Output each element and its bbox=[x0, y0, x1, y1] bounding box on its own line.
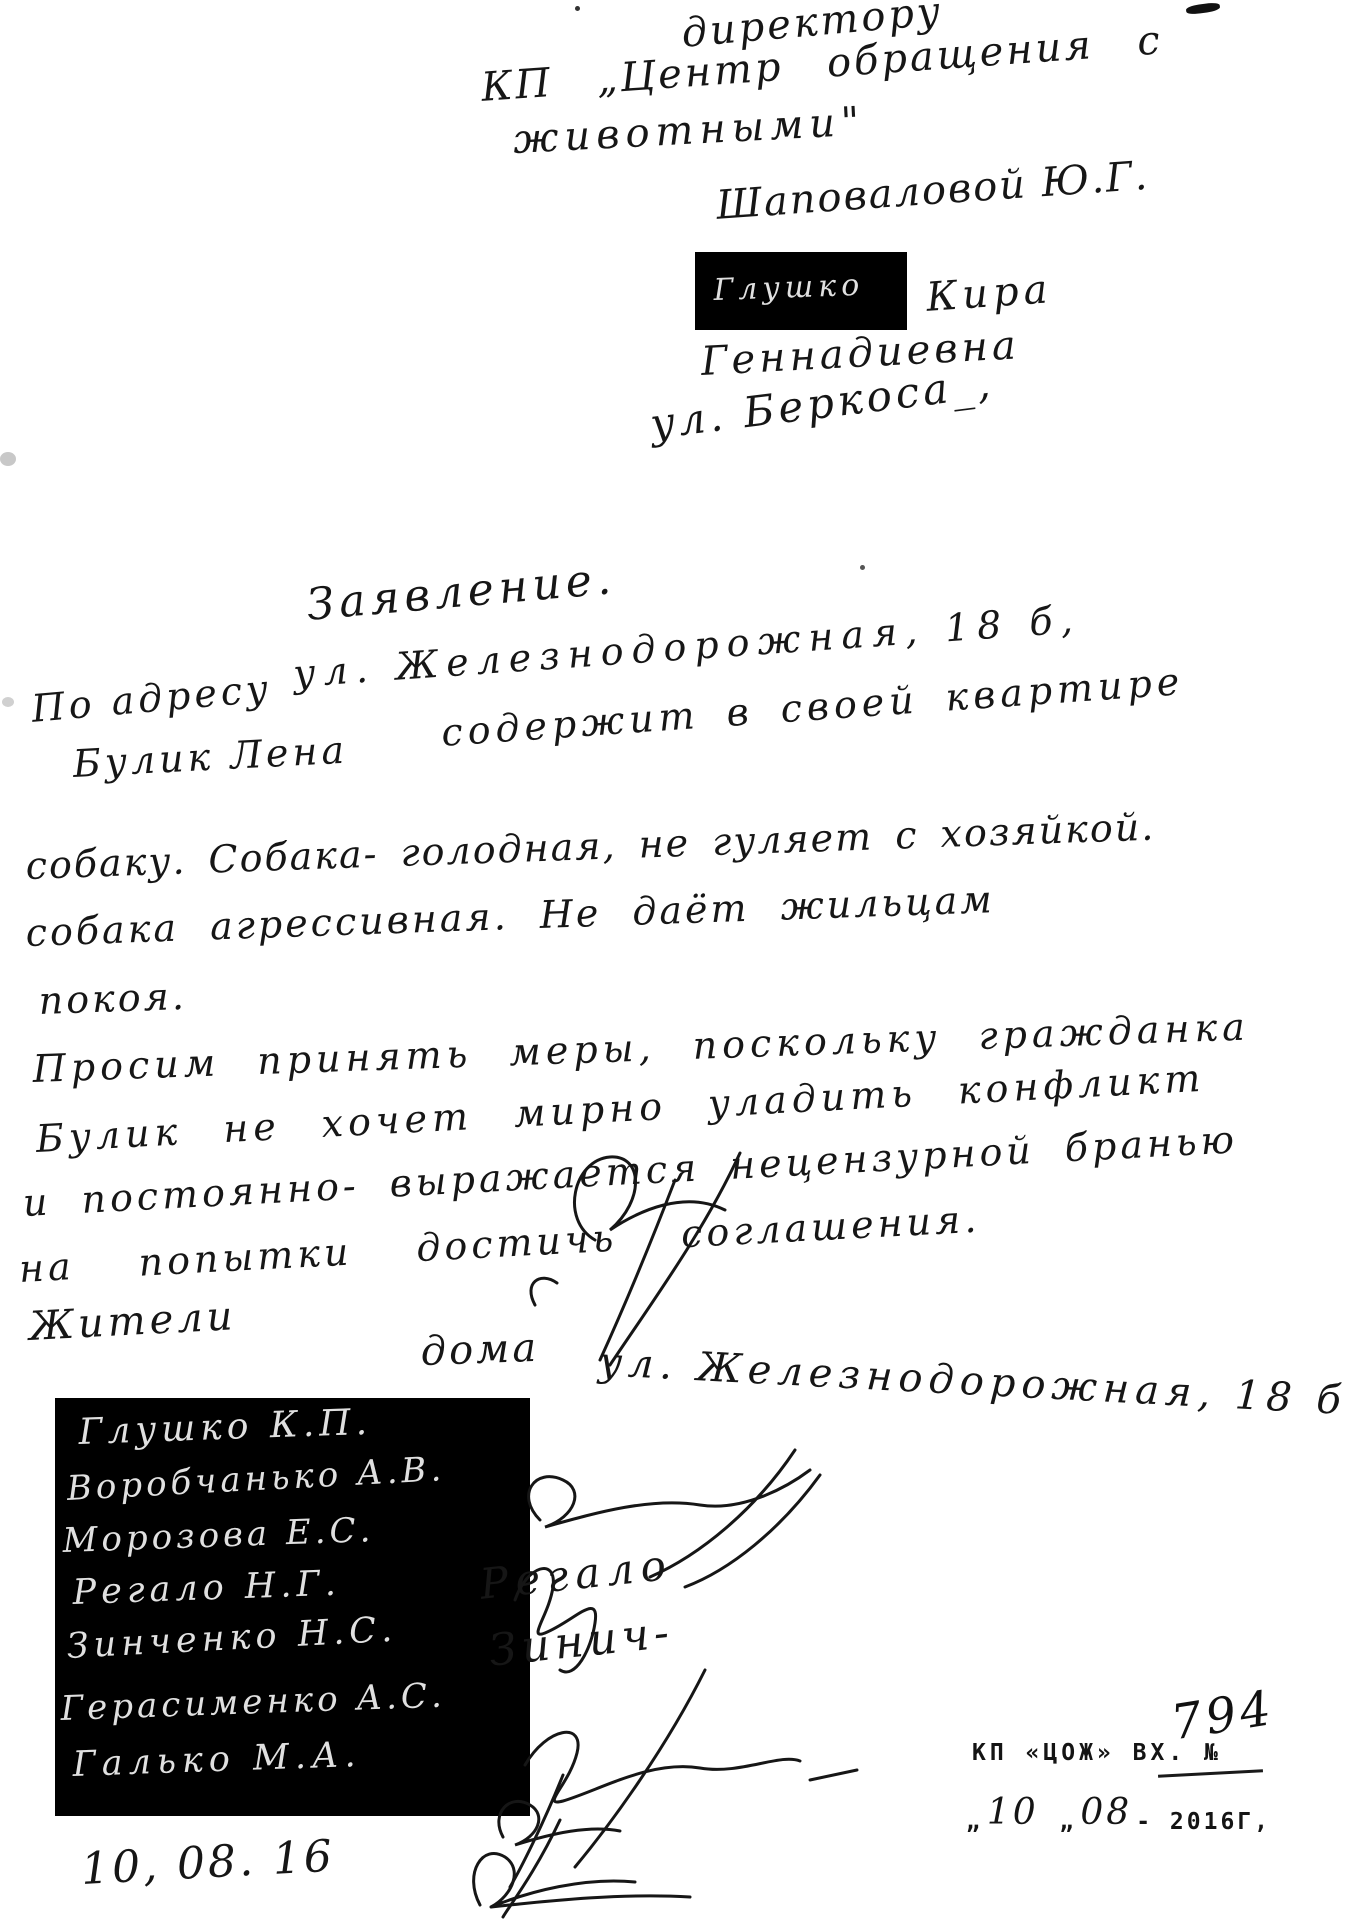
signature-flourish-2 bbox=[529, 1470, 810, 1527]
signature-flourish-4-dash bbox=[810, 1770, 857, 1780]
recipient-line-org-2: животными" bbox=[512, 102, 866, 160]
signature-flourish-2-stroke2 bbox=[685, 1475, 820, 1587]
signature-flourish-1-stroke bbox=[610, 1153, 740, 1365]
stamp-number-underscore bbox=[1158, 1769, 1263, 1777]
stamp-date-line: „10 „08- 2016Г, bbox=[966, 1800, 1271, 1836]
signatures-flourishes bbox=[395, 1125, 865, 1920]
body-line-5: покоя. bbox=[38, 977, 187, 1020]
redacted-name-3: Морозова Е.С. bbox=[62, 1513, 375, 1558]
redacted-name-7: Галько М.А. bbox=[72, 1738, 362, 1783]
scan-artifact-dot-1 bbox=[575, 6, 580, 11]
stamp-day-handwritten: 10 bbox=[987, 1792, 1039, 1833]
scanned-complaint-document: { "header": { "to_line1": "директору", "… bbox=[0, 0, 1358, 1920]
scan-artifact-dash bbox=[1186, 2, 1221, 16]
redacted-surname-ghost-text: Глушко bbox=[713, 271, 865, 306]
signature-flourish-1-stroke2 bbox=[600, 1180, 675, 1360]
handwritten-date: 10, 08. 16 bbox=[80, 1835, 336, 1892]
stamp-month-handwritten: 08 bbox=[1080, 1792, 1132, 1833]
redaction-box-applicant-surname: Глушко bbox=[695, 252, 907, 330]
document-title: Заявление. bbox=[305, 557, 617, 628]
stamp-quote-2: „ bbox=[1060, 1809, 1077, 1835]
body-line-4: собака агрессивная. Не даёт жильцам bbox=[25, 880, 995, 952]
stamp-quote-1: „ bbox=[966, 1809, 983, 1835]
stamp-number-handwritten: 794 bbox=[1168, 1684, 1278, 1748]
body-line-1a: По адресу bbox=[30, 669, 273, 728]
redacted-name-4: Регало Н.Г. bbox=[72, 1567, 341, 1611]
recipient-name: Шаповаловой Ю.Г. bbox=[715, 156, 1150, 226]
scan-artifact-dot-2 bbox=[860, 565, 865, 570]
stamp-year-text: - 2016Г, bbox=[1136, 1809, 1271, 1835]
redacted-name-1: Глушко К.П. bbox=[78, 1405, 373, 1451]
body-line-3: собаку. Собака- голодная, не гуляет с хо… bbox=[25, 808, 1156, 885]
body-line-2a: Булик Лена bbox=[72, 731, 349, 783]
residents-word-1: Жители bbox=[28, 1296, 237, 1347]
signature-flourish-1-curl bbox=[531, 1278, 557, 1305]
applicant-first-name: Кира bbox=[925, 269, 1054, 318]
scan-artifact-blob-1 bbox=[0, 452, 16, 466]
signature-flourish-4-stroke bbox=[575, 1670, 705, 1867]
signature-flourish-6 bbox=[474, 1853, 635, 1907]
scan-artifact-blob-2 bbox=[2, 697, 14, 707]
signature-flourish-1 bbox=[575, 1157, 725, 1240]
